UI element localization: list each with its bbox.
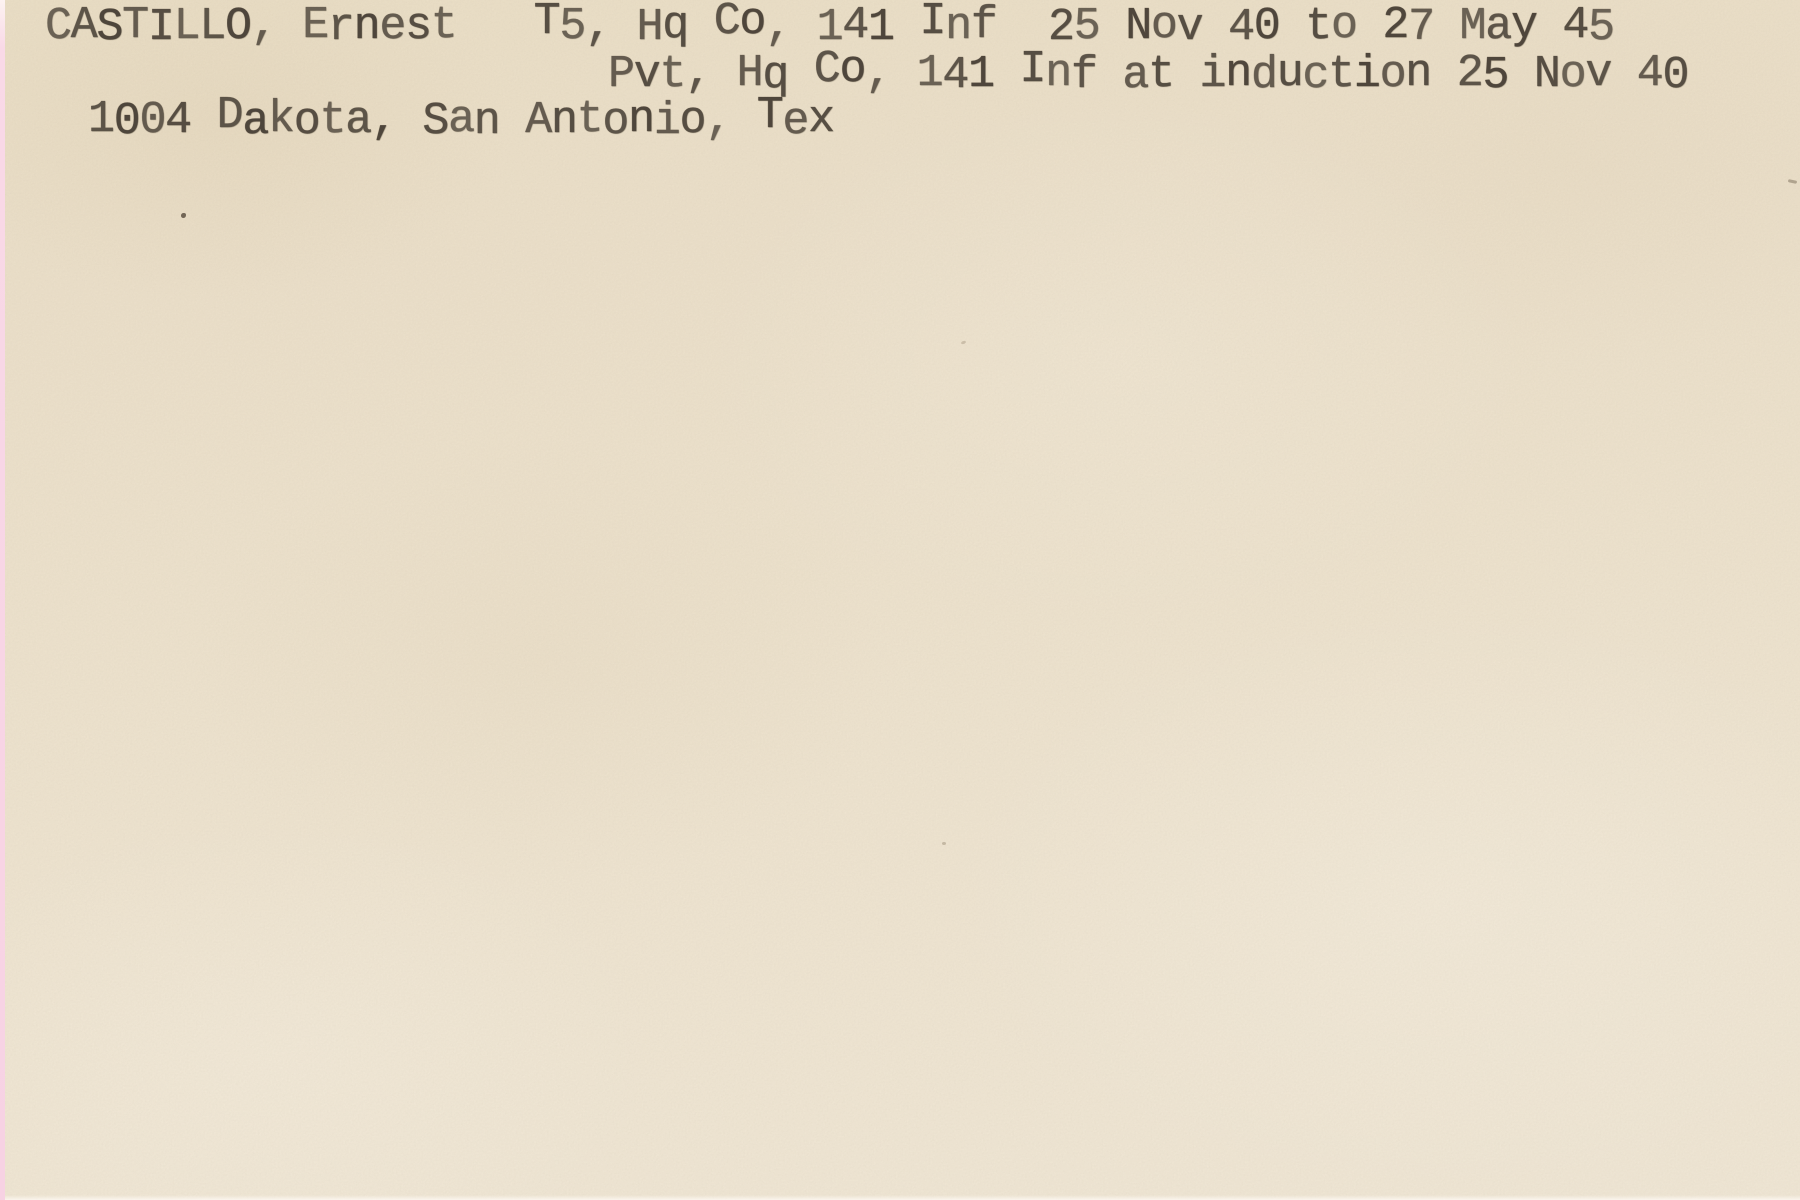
record-line-address: 1004 Dakota, San Antonio, Tex — [88, 98, 834, 143]
record-line-name-rank-service: CASTILLO, Ernest T5, Hq Co, 141 Inf 25 N… — [45, 4, 1614, 49]
paper-texture — [0, 0, 1800, 1200]
paper-speck — [961, 340, 967, 345]
scan-edge-strip — [0, 0, 5, 1200]
paper-speck — [181, 213, 186, 218]
paper-fiber — [1788, 179, 1797, 184]
paper-speck — [942, 842, 946, 845]
index-card: CASTILLO, Ernest T5, Hq Co, 141 Inf 25 N… — [0, 0, 1800, 1200]
scan-edge-bottom — [0, 1195, 1800, 1200]
